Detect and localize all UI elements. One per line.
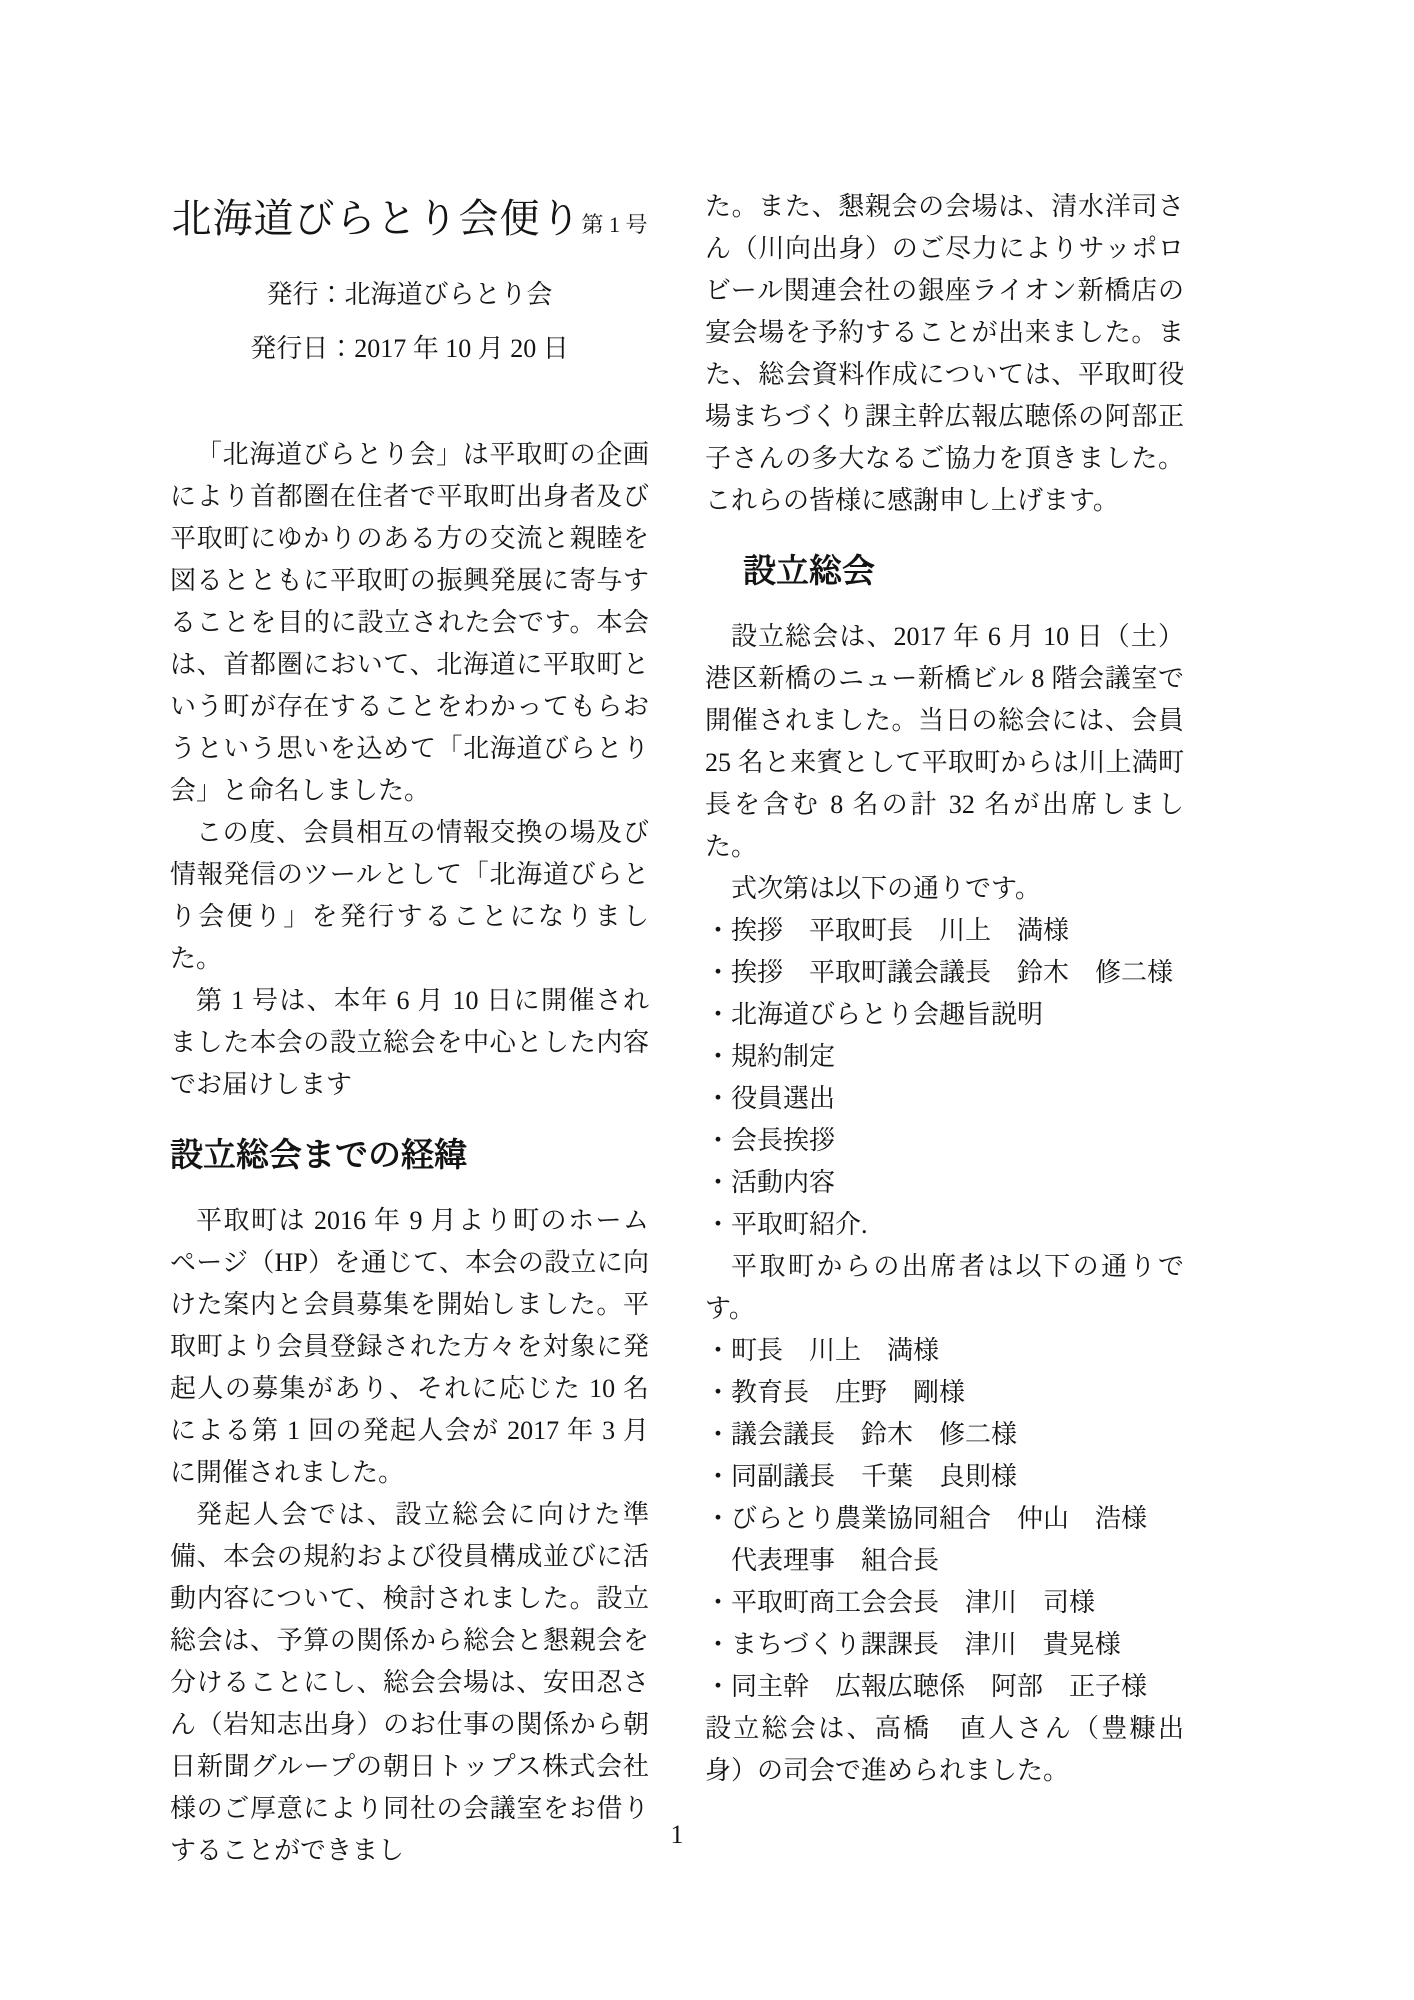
closing-paragraph: 設立総会は、高橋 直人さん（豊糠出身）の司会で進められました。 <box>705 1708 1184 1792</box>
intro-paragraph-3: 第 1 号は、本年 6 月 10 日に開催されました本会の設立総会を中心とした内… <box>170 980 649 1106</box>
attendee-item-1: ・町長 川上 満様 <box>705 1330 1184 1372</box>
attendee-item-3: ・議会議長 鈴木 修二様 <box>705 1414 1184 1456</box>
agenda-item-5: ・役員選出 <box>705 1078 1184 1120</box>
attendee-item-8: ・同主幹 広報広聴係 阿部 正子様 <box>705 1666 1184 1708</box>
newsletter-title-row: 北海道びらとり会便り第 1 号 <box>170 190 649 254</box>
publish-date-line: 発行日：2017 年 10 月 20 日 <box>170 322 649 376</box>
right-column: た。また、懇親会の会場は、清水洋司さん（川向出身）のご尽力によりサッポロビール関… <box>705 186 1184 1872</box>
intro-paragraph-1: 「北海道びらとり会」は平取町の企画により首都圏在住者で平取町出身者及び平取町にゆ… <box>170 434 649 812</box>
meeting-paragraph: 設立総会は、2017 年 6 月 10 日（土）港区新橋のニュー新橋ビル 8 階… <box>705 616 1184 868</box>
intro-paragraph-2: この度、会員相互の情報交換の場及び情報発信のツールとして「北海道びらとり会便り」… <box>170 812 649 980</box>
newsletter-title: 北海道びらとり会便り <box>171 196 581 241</box>
agenda-item-7: ・活動内容 <box>705 1162 1184 1204</box>
agenda-item-1: ・挨拶 平取町長 川上 満様 <box>705 910 1184 952</box>
agenda-intro: 式次第は以下の通りです。 <box>705 868 1184 910</box>
agenda-item-6: ・会長挨拶 <box>705 1120 1184 1162</box>
attendee-item-4: ・同副議長 千葉 良則様 <box>705 1456 1184 1498</box>
agenda-item-3: ・北海道びらとり会趣旨説明 <box>705 994 1184 1036</box>
publisher-line: 発行：北海道びらとり会 <box>170 268 649 322</box>
attendee-item-6: ・平取町商工会会長 津川 司様 <box>705 1582 1184 1624</box>
attendee-list: ・町長 川上 満様 ・教育長 庄野 剛様 ・議会議長 鈴木 修二様 ・同副議長 … <box>705 1330 1184 1708</box>
masthead: 北海道びらとり会便り第 1 号 発行：北海道びらとり会 発行日：2017 年 1… <box>170 190 649 376</box>
page-number: 1 <box>170 1814 1184 1856</box>
agenda-item-2: ・挨拶 平取町議会議長 鈴木 修二様 <box>705 952 1184 994</box>
attendees-intro: 平取町からの出席者は以下の通りです。 <box>705 1246 1184 1330</box>
agenda-item-4: ・規約制定 <box>705 1036 1184 1078</box>
agenda-item-8: ・平取町紹介. <box>705 1204 1184 1246</box>
attendee-item-5-continuation: 代表理事 組合長 <box>705 1540 1184 1582</box>
agenda-list: ・挨拶 平取町長 川上 満様 ・挨拶 平取町議会議長 鈴木 修二様 ・北海道びら… <box>705 910 1184 1246</box>
document-page: 北海道びらとり会便り第 1 号 発行：北海道びらとり会 発行日：2017 年 1… <box>0 0 1414 2000</box>
keii-paragraph-1: 平取町は 2016 年 9 月より町のホームページ（HP）を通じて、本会の設立に… <box>170 1200 649 1494</box>
attendee-item-5: ・びらとり農業協同組合 仲山 浩様 <box>705 1498 1184 1540</box>
section-heading-keii: 設立総会までの経緯 <box>170 1134 649 1178</box>
attendee-item-7: ・まちづくり課課長 津川 貴晃様 <box>705 1624 1184 1666</box>
attendee-item-2: ・教育長 庄野 剛様 <box>705 1372 1184 1414</box>
left-column: 北海道びらとり会便り第 1 号 発行：北海道びらとり会 発行日：2017 年 1… <box>170 186 649 1872</box>
continuation-paragraph: た。また、懇親会の会場は、清水洋司さん（川向出身）のご尽力によりサッポロビール関… <box>705 186 1184 522</box>
page-body: 北海道びらとり会便り第 1 号 発行：北海道びらとり会 発行日：2017 年 1… <box>170 186 1184 1872</box>
issue-number: 第 1 号 <box>581 212 647 237</box>
section-heading-soukai: 設立総会 <box>743 550 1184 594</box>
